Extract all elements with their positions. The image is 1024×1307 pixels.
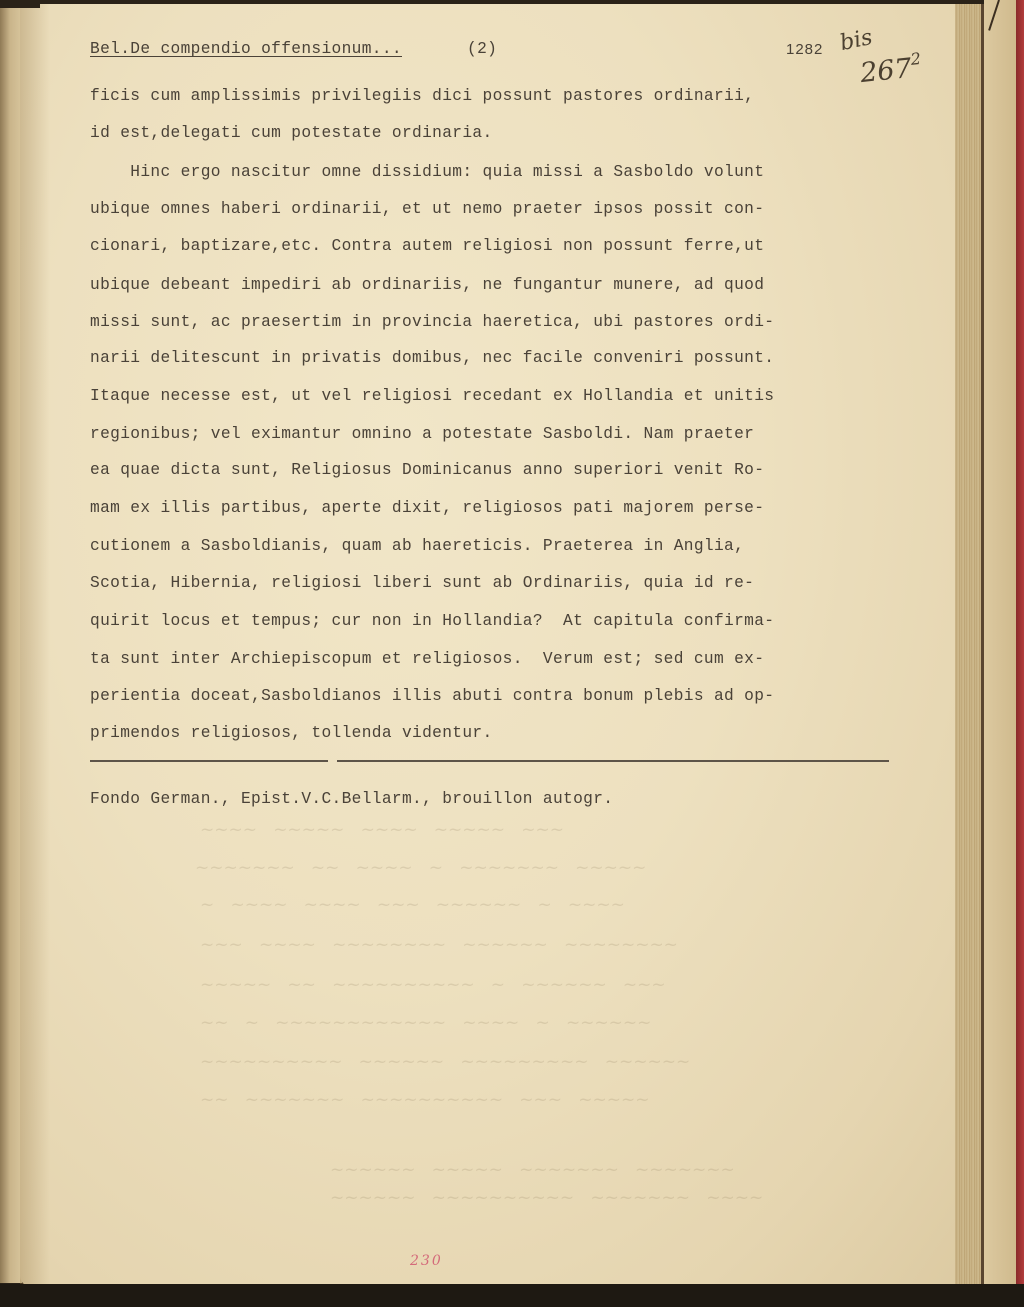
body-line: cionari, baptizare,etc. Contra autem rel… — [90, 238, 764, 254]
body-line: id est,delegati cum potestate ordinaria. — [90, 125, 493, 141]
body-line: quirit locus et tempus; cur non in Holla… — [90, 613, 774, 629]
body-line: regionibus; vel eximantur omnino a potes… — [90, 426, 754, 442]
body-line: mam ex illis partibus, aperte dixit, rel… — [90, 500, 764, 516]
bleed-through-handwriting: ~~~~~~~~~~ ~~~~~~ ~~~~~~~~~ ~~~~~~ — [200, 1052, 690, 1072]
body-line: missi sunt, ac praesertim in provincia h… — [90, 314, 774, 330]
body-line: ea quae dicta sunt, Religiosus Dominican… — [90, 462, 764, 478]
page-content: ~~~~ ~~~~~ ~~~~ ~~~~~ ~~~ ~~~~~~~ ~~ ~~~… — [0, 0, 1024, 1307]
bleed-through-handwriting: ~~ ~ ~~~~~~~~~~~~ ~~~~ ~ ~~~~~~ — [200, 1013, 651, 1033]
handwritten-folio-main: 267 — [859, 53, 914, 89]
body-line: perientia doceat,Sasboldianos illis abut… — [90, 688, 774, 704]
separator-rule — [90, 760, 328, 762]
bleed-through-handwriting: ~ ~~~~ ~~~~ ~~~ ~~~~~~ ~ ~~~~ — [200, 895, 625, 915]
body-line: Hinc ergo nascitur omne dissidium: quia … — [90, 164, 764, 180]
folio-number: 1282 — [786, 42, 823, 57]
document-header-title: Bel.De compendio offensionum... — [90, 41, 402, 57]
bleed-through-handwriting: ~~ ~~~~~~~ ~~~~~~~~~~ ~~~ ~~~~~ — [200, 1090, 649, 1110]
body-line: ubique omnes haberi ordinarii, et ut nem… — [90, 201, 764, 217]
bleed-through-handwriting: ~~~~~~ ~~~~~~~~~~ ~~~~~~~ ~~~~ — [330, 1188, 763, 1208]
body-line: cutionem a Sasboldianis, quam ab haereti… — [90, 538, 744, 554]
separator-rule — [337, 760, 889, 762]
handwritten-folio-number: 2672 — [858, 49, 923, 89]
body-line: narii delitescunt in privatis domibus, n… — [90, 350, 774, 366]
bleed-through-handwriting: ~~~~~~~ ~~ ~~~~ ~ ~~~~~~~ ~~~~~ — [195, 858, 646, 878]
bleed-through-handwriting: ~~~~~~ ~~~~~ ~~~~~~~ ~~~~~~~ — [330, 1160, 735, 1180]
source-footnote: Fondo German., Epist.V.C.Bellarm., broui… — [90, 791, 613, 807]
handwritten-folio-superscript: 2 — [910, 49, 922, 69]
handwritten-bis-annotation: bis — [838, 25, 875, 56]
body-line: primendos religiosos, tollenda videntur. — [90, 725, 493, 741]
pencil-page-number: 230 — [410, 1253, 443, 1269]
body-line: Itaque necesse est, ut vel religiosi rec… — [90, 388, 774, 404]
bleed-through-handwriting: ~~~~~ ~~ ~~~~~~~~~~ ~ ~~~~~~ ~~~ — [200, 975, 666, 995]
bleed-through-handwriting: ~~~ ~~~~ ~~~~~~~~ ~~~~~~ ~~~~~~~~ — [200, 935, 678, 955]
bleed-through-handwriting: ~~~~ ~~~~~ ~~~~ ~~~~~ ~~~ — [200, 820, 564, 840]
document-part-label: (2) — [467, 41, 497, 57]
body-line: ubique debeant impediri ab ordinariis, n… — [90, 277, 764, 293]
body-line: Scotia, Hibernia, religiosi liberi sunt … — [90, 575, 754, 591]
body-line: ficis cum amplissimis privilegiis dici p… — [90, 88, 754, 104]
body-line: ta sunt inter Archiepiscopum et religios… — [90, 651, 764, 667]
